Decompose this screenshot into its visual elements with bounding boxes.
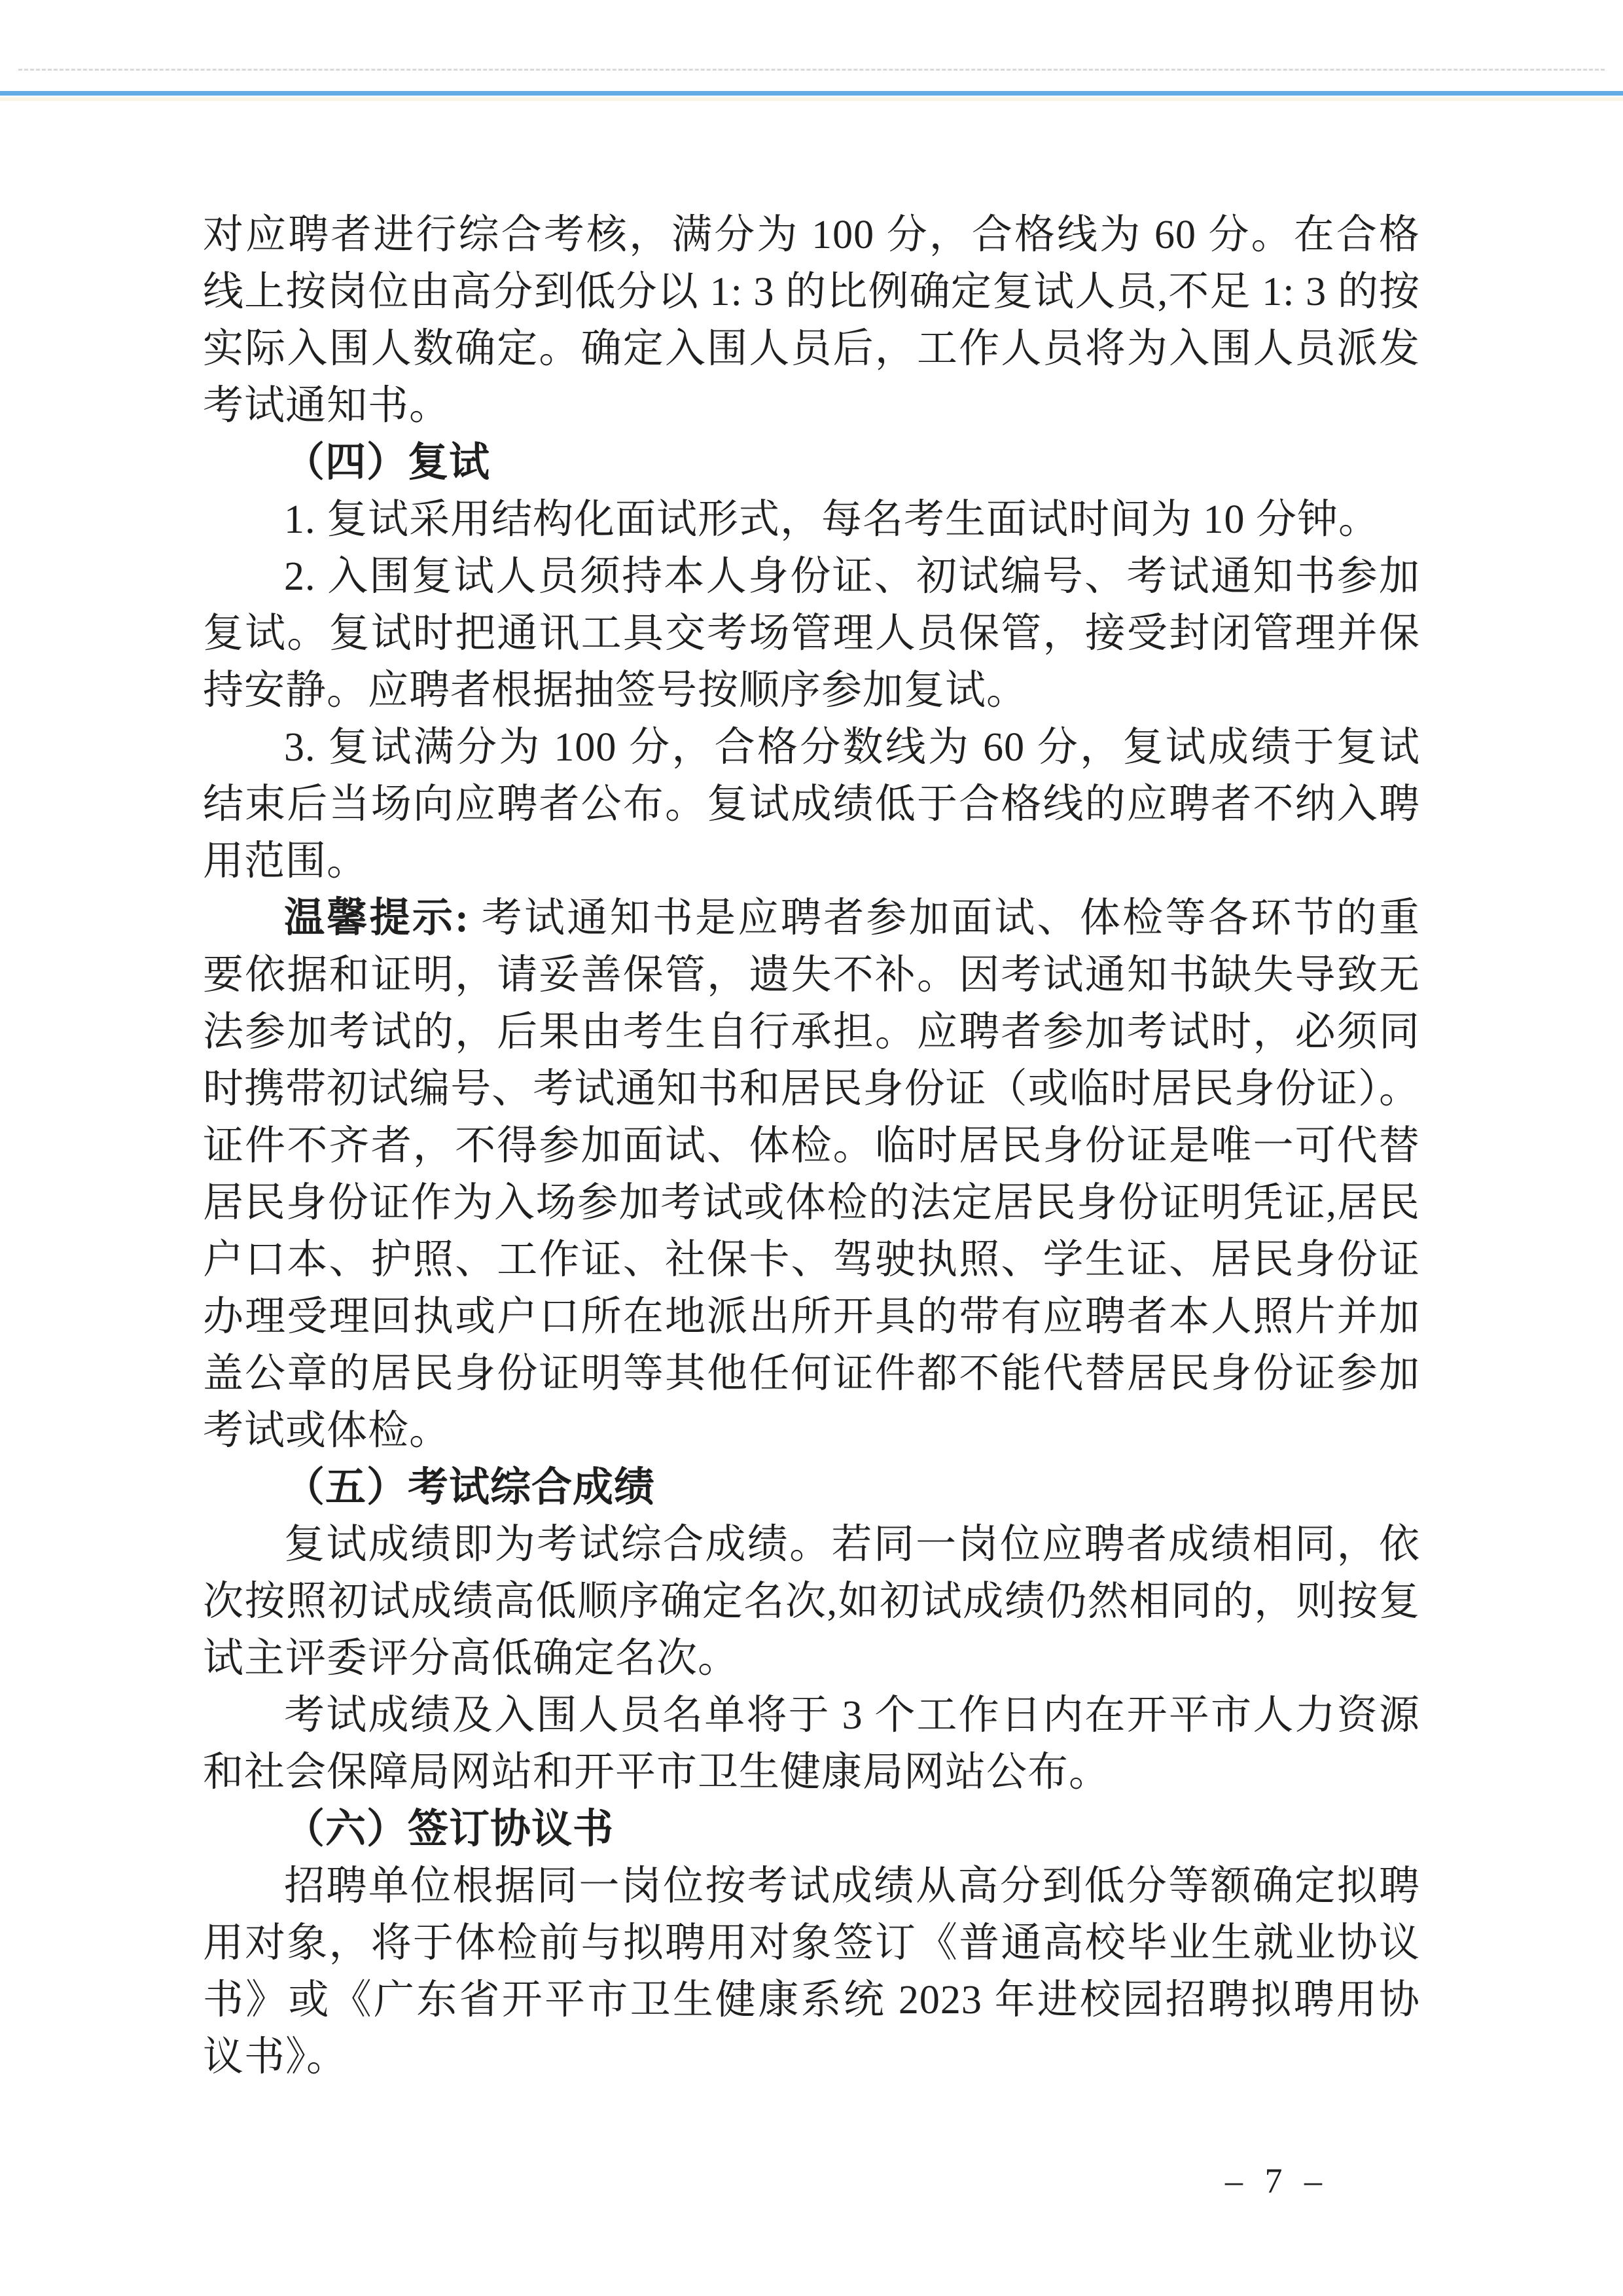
paragraph: 3. 复试满分为 100 分，合格分数线为 60 分，复试成绩于复试结束后当场向… [203, 719, 1420, 890]
top-blue-divider [0, 91, 1623, 96]
paragraph: 复试成绩即为考试综合成绩。若同一岗位应聘者成绩相同，依次按照初试成绩高低顺序确定… [203, 1516, 1420, 1687]
notice-lead: 温馨提示: [284, 896, 469, 941]
section-heading: （六）签订协议书 [203, 1801, 1420, 1858]
top-dashed-divider [18, 69, 1605, 71]
section-heading: （五）考试综合成绩 [203, 1460, 1420, 1516]
paragraph: 1. 复试采用结构化面试形式，每名考生面试时间为 10 分钟。 [203, 492, 1420, 548]
section-heading: （四）复试 [203, 435, 1420, 492]
paragraph: 考试成绩及入围人员名单将于 3 个工作日内在开平市人力资源和社会保障局网站和开平… [203, 1687, 1420, 1801]
paragraph: 对应聘者进行综合考核，满分为 100 分，合格线为 60 分。在合格线上按岗位由… [203, 207, 1420, 435]
paragraph: 温馨提示: 考试通知书是应聘者参加面试、体检等各环节的重要依据和证明，请妥善保管… [203, 890, 1420, 1460]
document-body: 对应聘者进行综合考核，满分为 100 分，合格线为 60 分。在合格线上按岗位由… [203, 207, 1420, 2086]
top-cream-divider [0, 98, 1623, 101]
page-number: – 7 – [1225, 2161, 1329, 2200]
document-page: 对应聘者进行综合考核，满分为 100 分，合格线为 60 分。在合格线上按岗位由… [0, 0, 1623, 2296]
paragraph: 招聘单位根据同一岗位按考试成绩从高分到低分等额确定拟聘用对象，将于体检前与拟聘用… [203, 1858, 1420, 2086]
paragraph: 2. 入围复试人员须持本人身份证、初试编号、考试通知书参加复试。复试时把通讯工具… [203, 548, 1420, 719]
